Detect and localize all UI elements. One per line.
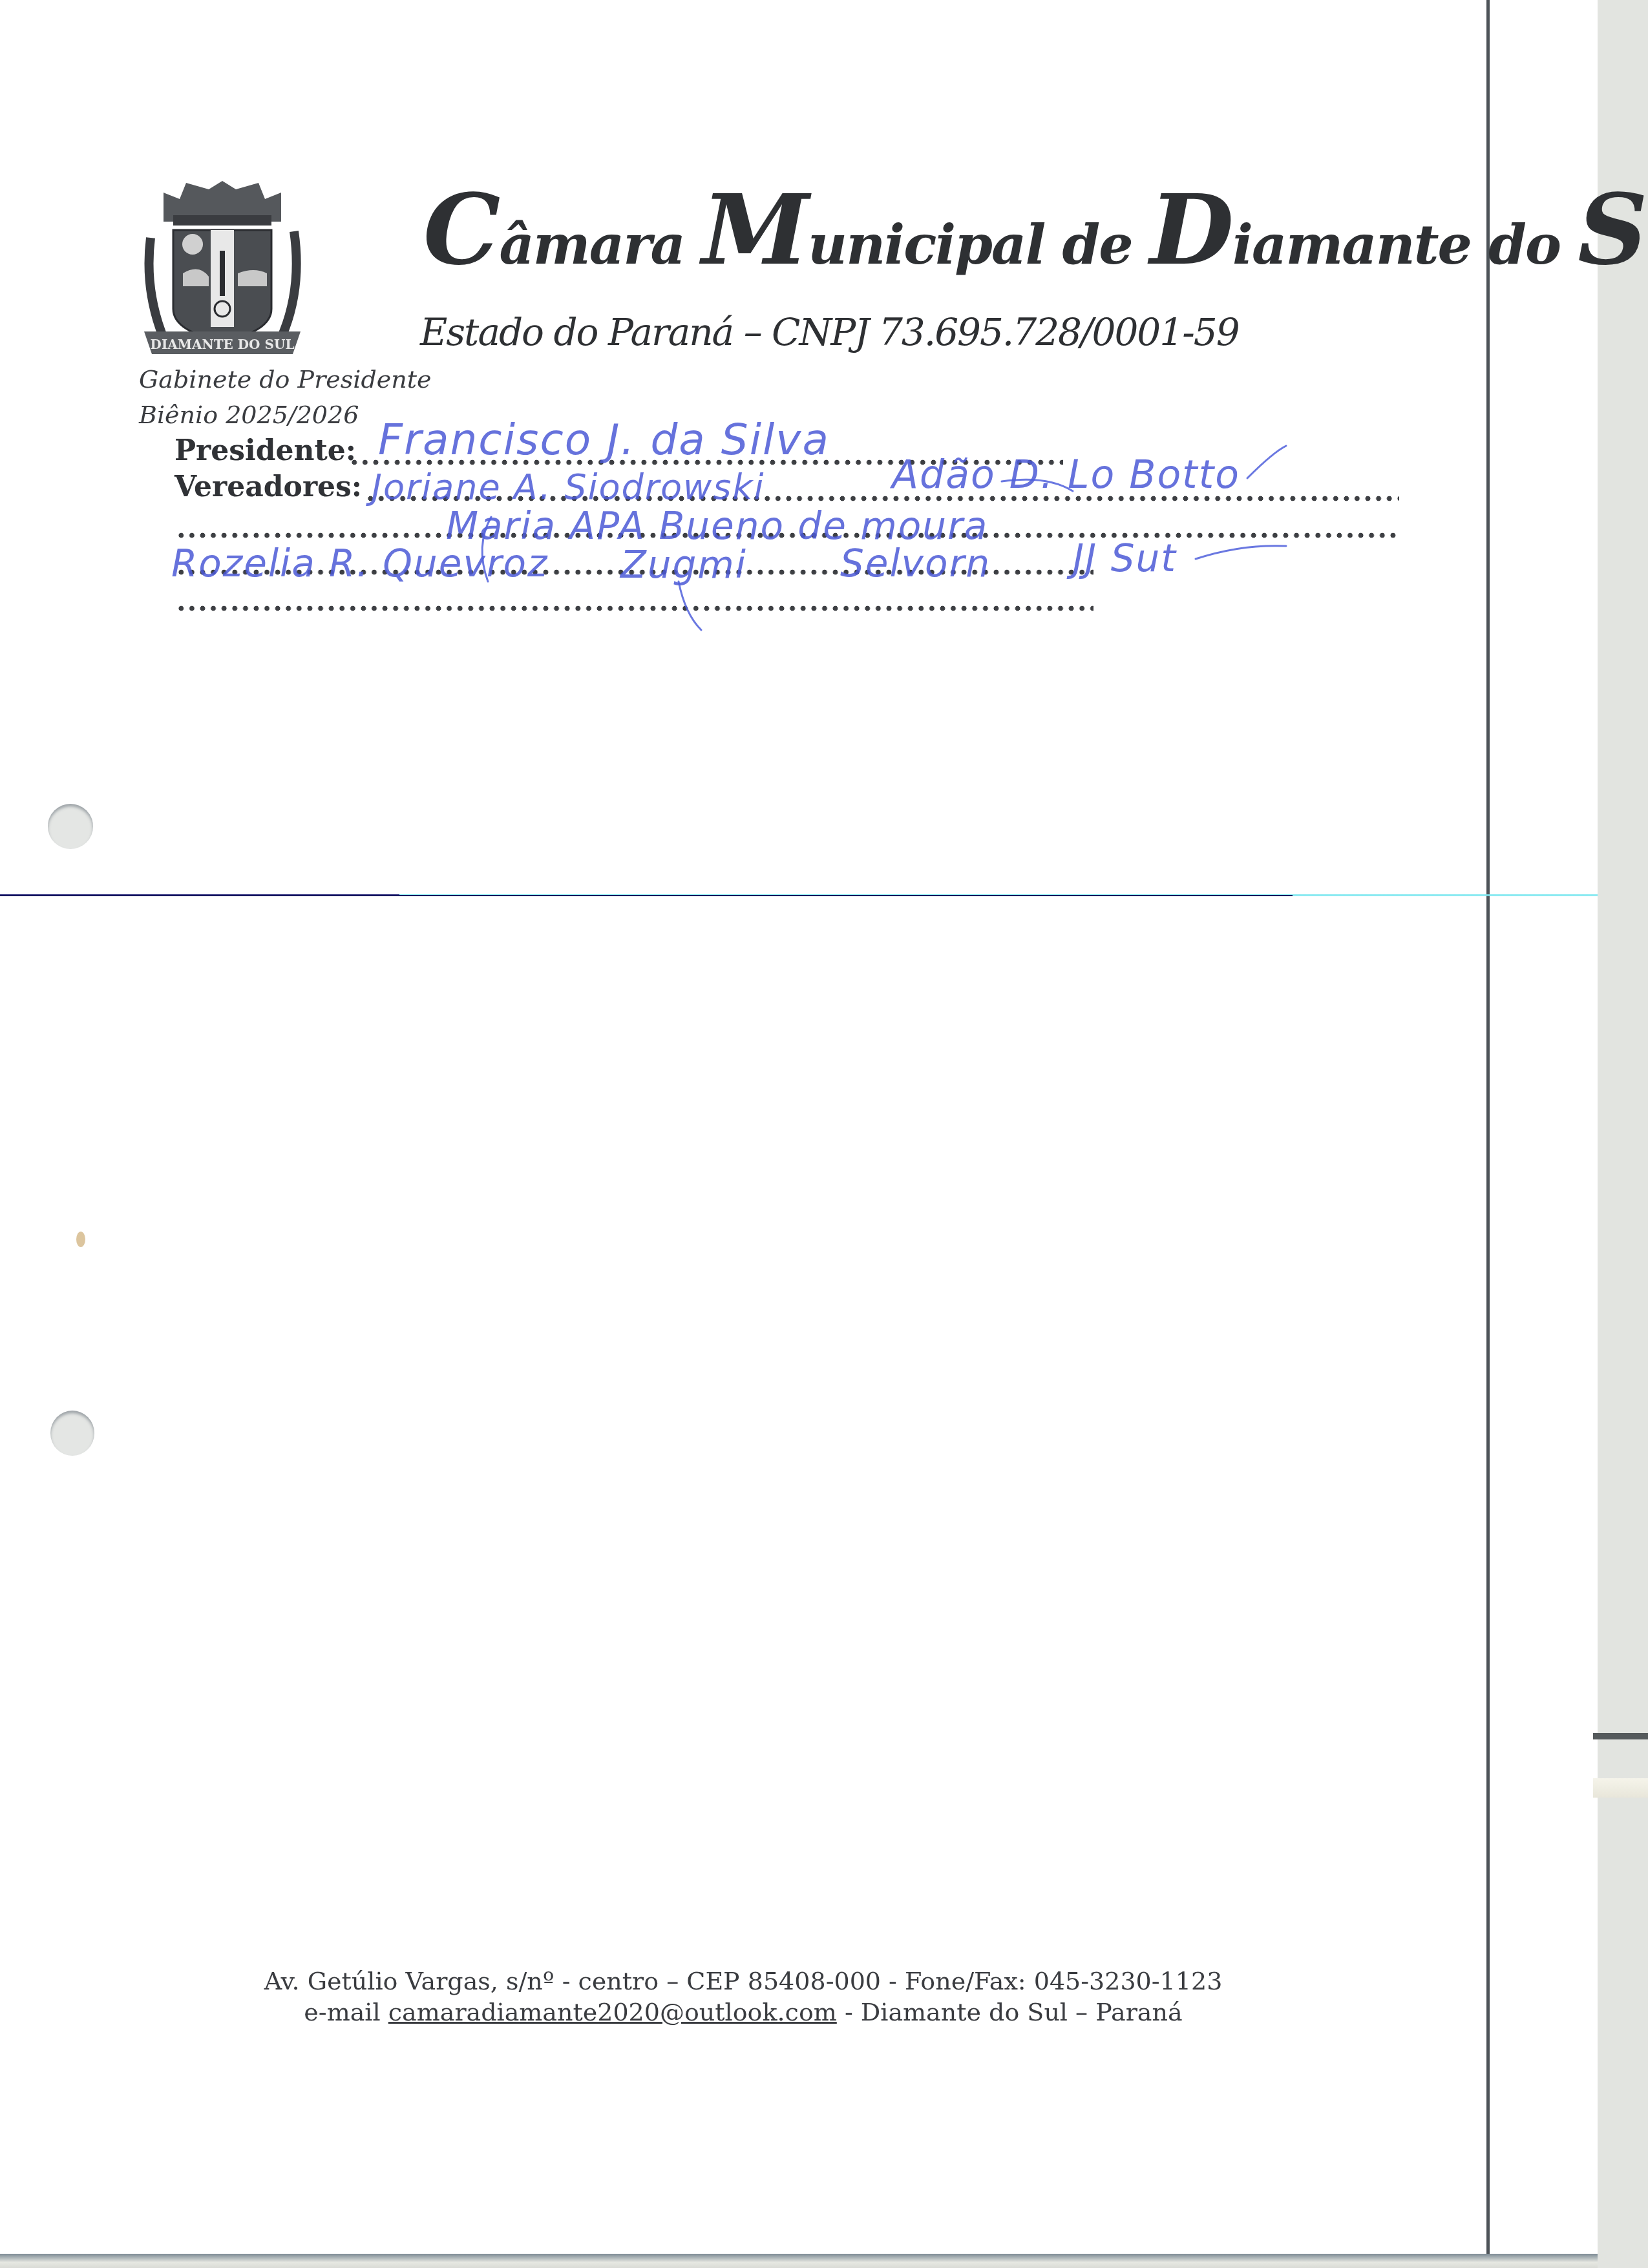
- footer-email-label: e-mail: [304, 1998, 388, 2026]
- signature-strokes: [0, 0, 1486, 646]
- scanner-edge-highlight: [1593, 1778, 1648, 1798]
- scanner-background: [1598, 0, 1648, 2268]
- paper-speck: [76, 1232, 85, 1247]
- scan-artifact-line-dark: [0, 895, 1293, 896]
- scanner-edge-bar: [1593, 1733, 1648, 1739]
- punch-hole-top: [48, 804, 93, 849]
- footer-email-link[interactable]: camaradiamante2020@outlook.com: [388, 1998, 837, 2026]
- punch-hole-bottom: [50, 1411, 94, 1456]
- page-fold-line: [1486, 0, 1490, 2255]
- page-bottom-edge: [0, 2254, 1598, 2268]
- footer-contact: e-mail camaradiamante2020@outlook.com - …: [0, 1998, 1486, 2026]
- footer-address: Av. Getúlio Vargas, s/nº - centro – CEP …: [0, 1967, 1486, 1995]
- title-initial-s: S: [1578, 173, 1646, 287]
- footer-city: - Diamante do Sul – Paraná: [837, 1998, 1183, 2026]
